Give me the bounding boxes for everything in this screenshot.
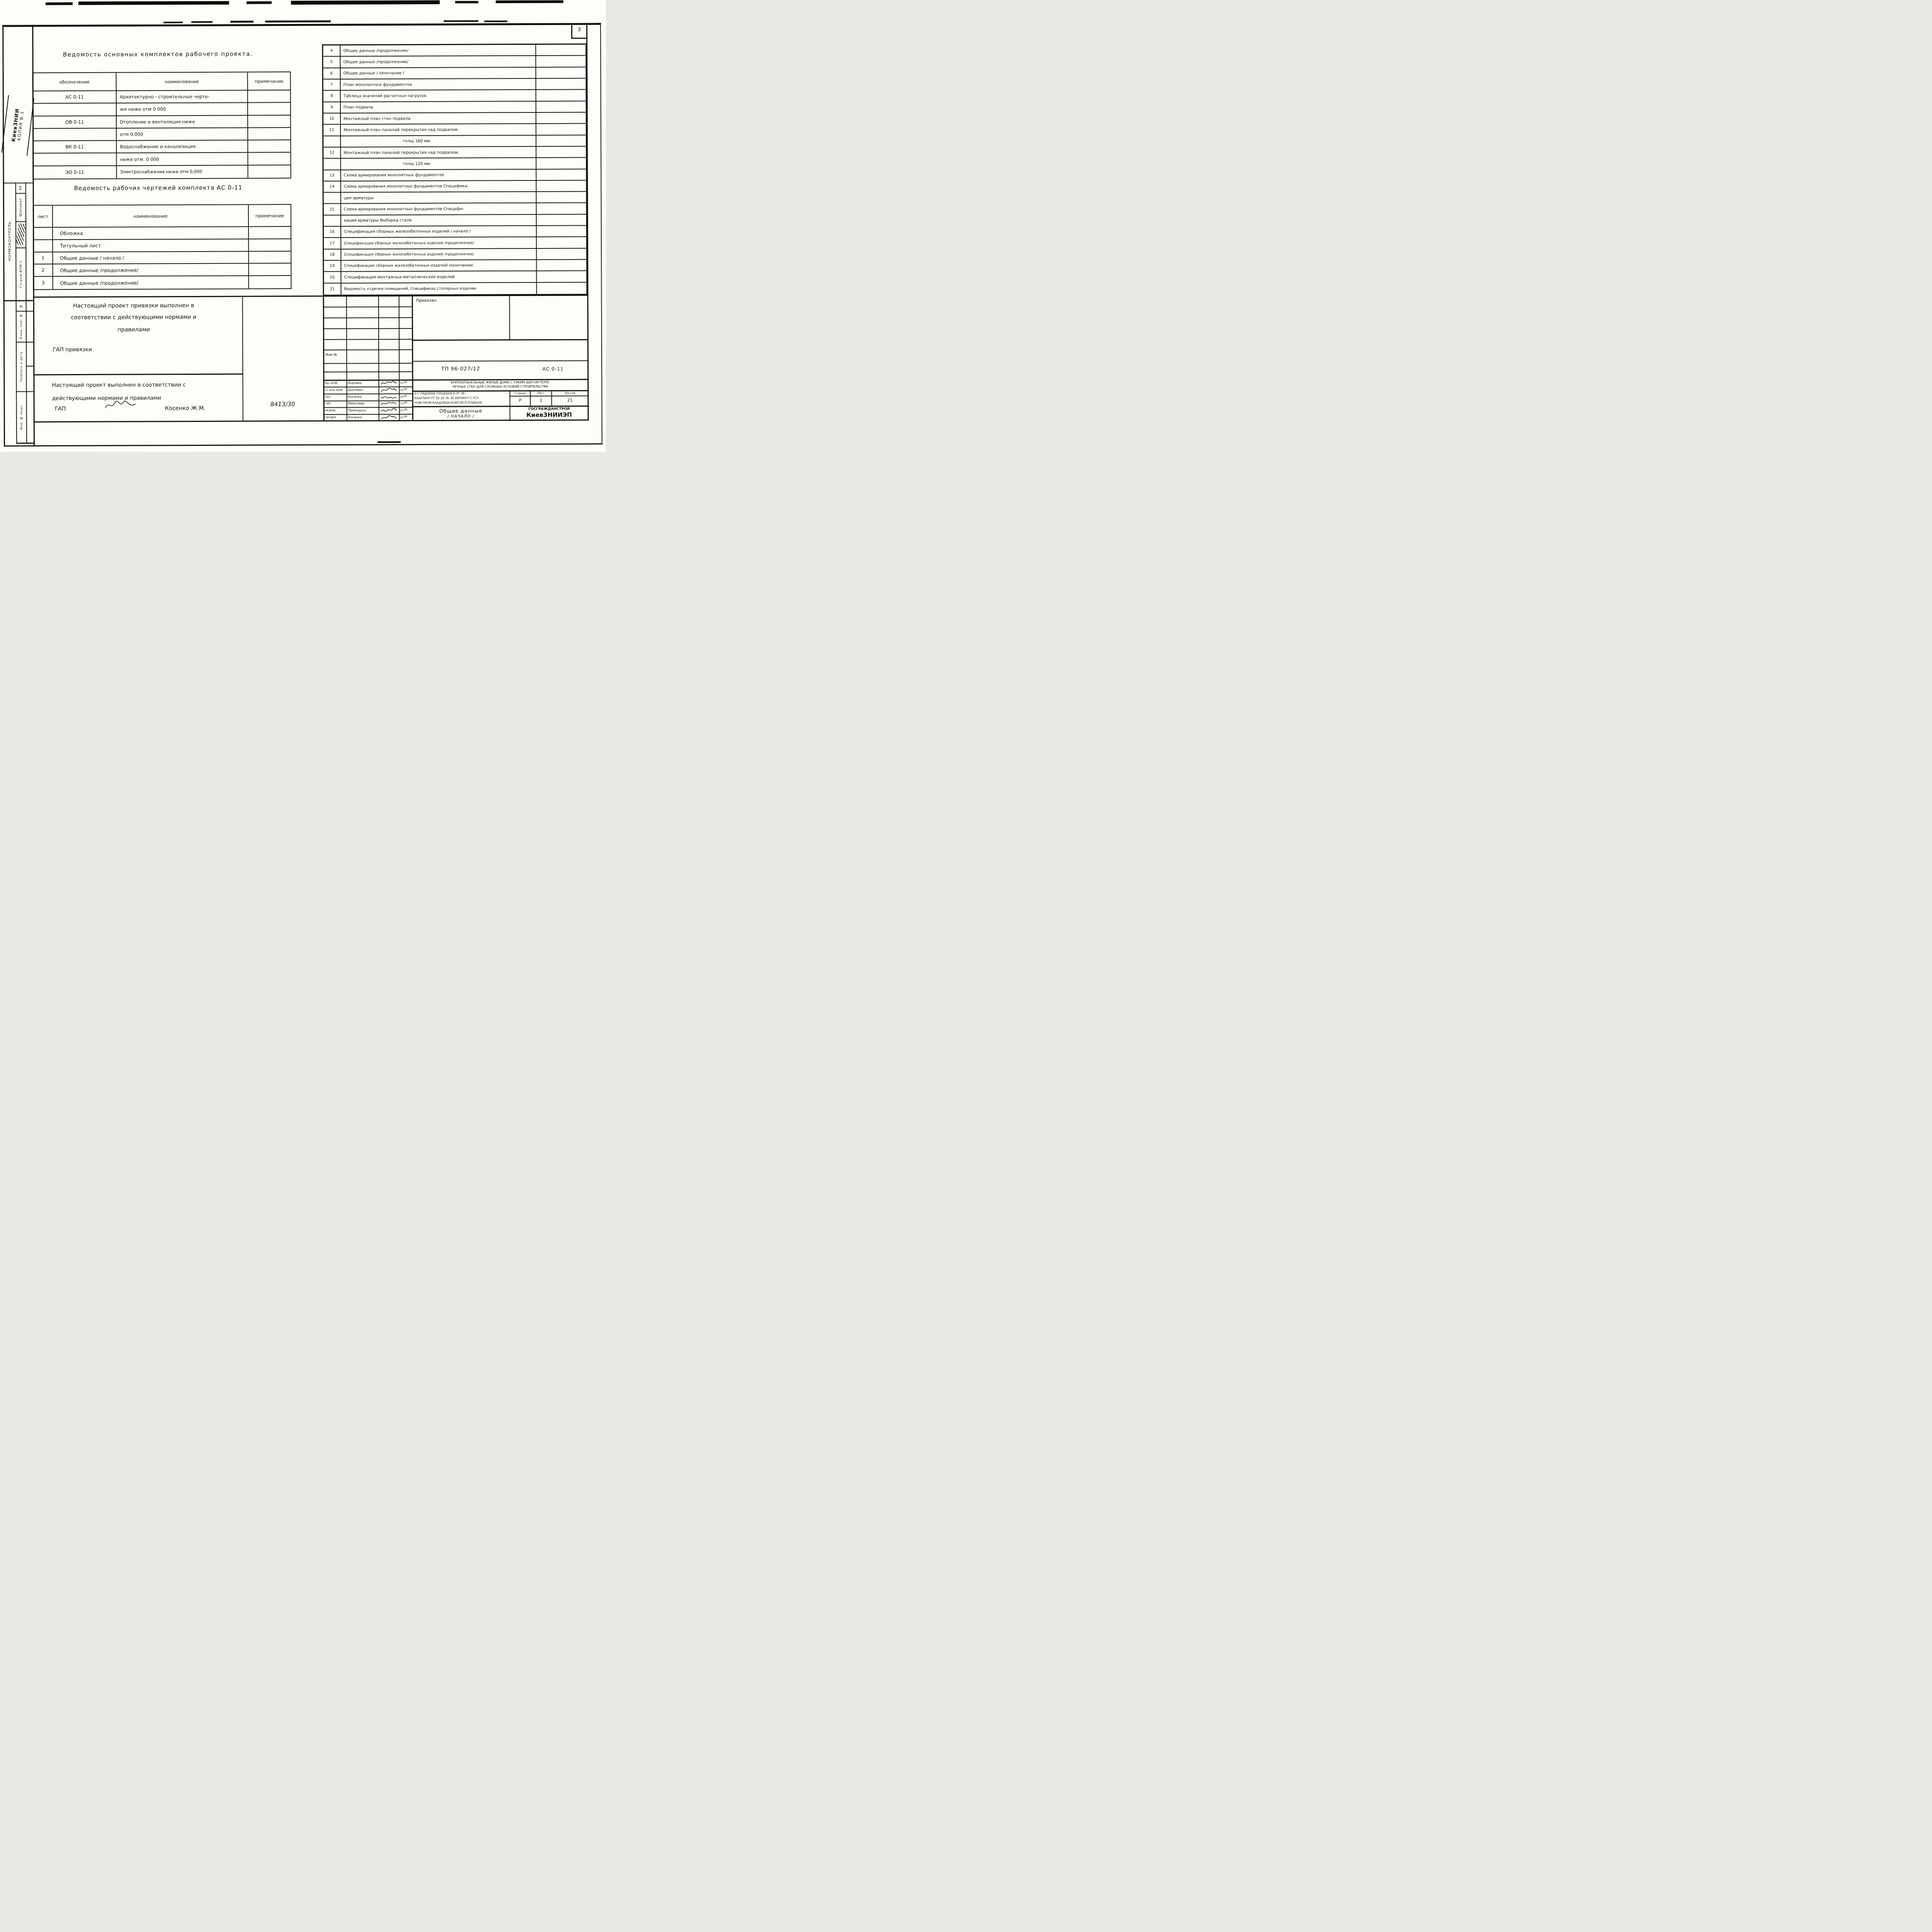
row-code: ВК 0-11 [33, 141, 117, 154]
row-name: Схема армирования монолитных фундаментов… [341, 181, 537, 193]
scan-artifact [444, 20, 478, 22]
column-header: наименование [117, 72, 248, 91]
sheet-value: 1 [531, 398, 551, 403]
drawings-table: лист наименование примечание Обложка Тит… [33, 204, 292, 290]
row-name: Спецификация монтажных металлических изд… [341, 271, 537, 283]
titleblock-line [346, 296, 347, 421]
row-name: кация арматуры Выборка стали [341, 215, 537, 227]
row-number: 17 [324, 238, 341, 249]
scan-artifact [46, 2, 73, 5]
row-name: Монтажный план панелей перекрытия над по… [341, 124, 536, 136]
variant-line: РОЙСТВОМ КЛАДОВЫХ-БОКСОВ В ПОДВАЛЕ [415, 401, 483, 405]
titleblock-line [509, 295, 510, 339]
frame-bottom-line [4, 443, 602, 446]
row-number: 9 [323, 102, 341, 113]
row-note [249, 252, 291, 264]
row-code [33, 153, 117, 166]
row-number: 7 [323, 80, 341, 91]
sheet-title-line: Общие данные [412, 408, 510, 413]
signature-icon [380, 387, 397, 393]
row-number: 5 [323, 57, 340, 68]
row-note [249, 227, 291, 239]
row-name: План монолитных фундаментов [341, 79, 536, 91]
scan-artifact [484, 20, 507, 22]
row-code: ОВ 0-11 [33, 116, 117, 129]
row-name: Электроснабжение ниже отм 0,000 [117, 165, 248, 178]
row-name: Общие данные /продолжение/ [53, 264, 249, 277]
row-name: Архитектурно - строительные черте- [117, 90, 248, 103]
page-number: 3 [572, 27, 587, 32]
row-name: Таблица значений расчетных нагрузок [341, 90, 536, 102]
row-note [249, 276, 291, 288]
sidebar-podpis-label: Подпись и дата [19, 351, 23, 382]
row-note [249, 264, 291, 276]
role-name: Косенко [348, 415, 362, 419]
role-label: ПРОВЕР [325, 416, 336, 419]
note-line: правилами [45, 327, 223, 333]
row-number [34, 240, 53, 252]
frame-right-line [600, 23, 602, 444]
row-number: 12 [323, 148, 341, 159]
row-name: Спецификация сборных железобетонных изде… [341, 260, 537, 272]
row-number: 3 [34, 277, 53, 289]
inner-frame-bottom-line [34, 419, 589, 422]
doc-number-note: 8413/30 [248, 401, 318, 408]
row-name: Общие данные / начало / [53, 252, 249, 265]
set-code: АС 0-11 [522, 366, 584, 371]
sidebar-inv-label: Инв. № подл. [20, 404, 23, 430]
sidebar-line [16, 442, 34, 444]
stage-header: Стадия [510, 392, 530, 395]
scanned-drawing-sheet: 3 КиевЗНИИ КОПИЯ В-3 НОРМОКОНТРОЛЬ 86 Ша… [0, 0, 606, 452]
row-name: ниже отм. 0 000 [117, 153, 248, 166]
row-name: Спецификация сборных железобетонных изде… [341, 249, 537, 261]
row-name: Титульный лист [53, 239, 249, 252]
row-name: толщ 160 мм [341, 135, 536, 147]
role-date: 03.86 [400, 395, 408, 399]
column-header: лист [34, 206, 53, 228]
column-header: примечание [249, 205, 291, 227]
row-name: Общие данные /продолжение/ [340, 45, 536, 57]
row-number [324, 215, 341, 226]
sidebar-podpis-cell: Подпись и дата [16, 343, 26, 391]
normokontrol-label: НОРМОКОНТРОЛЬ [7, 221, 12, 261]
row-code [33, 104, 117, 116]
row-name: Общие данные /продолжение/ [53, 276, 249, 289]
note-line: Настоящий проект выполнен в соответствии… [52, 382, 186, 388]
row-note [537, 226, 586, 238]
notes-divider-line [33, 374, 243, 375]
drawings-title: Ведомость рабочих чертежей комплекта АС … [50, 185, 267, 192]
row-code [33, 129, 117, 141]
notes-divider-line [242, 296, 243, 422]
row-name: Обложка [53, 227, 249, 240]
sidebar-line [15, 221, 26, 222]
scan-artifact [191, 21, 213, 23]
row-name: Отопление и вентиляция ниже [117, 116, 248, 128]
row-note [536, 90, 586, 102]
scan-artifact [163, 22, 183, 23]
row-note [537, 214, 586, 226]
scan-artifact [230, 20, 253, 22]
sidebar-name: Шаповал [19, 198, 22, 216]
row-number: 10 [323, 114, 341, 125]
row-note [537, 192, 586, 204]
main-sets-table: обозначение наименование примечание АС 0… [32, 71, 291, 179]
row-name: Монтажный план стен подвала [341, 113, 536, 125]
row-note [537, 203, 586, 215]
org-name-line: КиевЗНИИЭП [510, 412, 588, 418]
main-sets-title: Ведомость основных комплектов рабочего п… [46, 51, 270, 58]
signature-icon [380, 394, 397, 400]
stage-value: Р [510, 398, 530, 403]
role-date: 03.86 [400, 401, 408, 406]
row-number: 11 [323, 125, 341, 136]
row-note [537, 248, 586, 260]
series-title-line: РЕЧНЫХ СТЕН ДЛЯ СЛОЖНЫХ УСЛОВИЙ СТРОИТЕЛ… [414, 384, 587, 388]
row-name: жи ниже отм 0 000 [117, 103, 248, 116]
row-note [536, 44, 585, 56]
row-name: Схема армирования монолитных фундаментов [341, 169, 536, 181]
scan-artifact [496, 0, 563, 3]
scan-artifact [378, 441, 401, 443]
row-note [536, 135, 586, 147]
row-name: ция арматуры [341, 192, 537, 204]
row-note [537, 180, 586, 192]
row-code: ЭО 0-11 [33, 166, 117, 179]
role-label: ГАП [325, 396, 331, 399]
signature-icon [380, 380, 397, 386]
role-label: Нач АПМ [325, 382, 337, 385]
org-name-line: ГОСГРАЖДАНСТРОЙ [510, 407, 588, 411]
column-header: примечание [248, 72, 290, 90]
row-code: АС 0-11 [33, 91, 117, 104]
row-number: 2 [34, 265, 53, 277]
column-header: обозначение [33, 73, 117, 92]
row-number [34, 228, 53, 240]
role-name: Шаповал [348, 388, 363, 391]
row-name: Спецификация сборных железобетонных изде… [341, 226, 537, 238]
titleblock-line [412, 295, 413, 421]
row-note [248, 153, 290, 166]
sidebar-line [26, 366, 33, 366]
sheets-header: Листов [552, 391, 588, 395]
scan-artifact [291, 0, 440, 5]
row-number: 20 [324, 272, 341, 283]
sidebar-vzam-cell: Взам. инв. № [16, 312, 26, 341]
titleblock-line [323, 296, 325, 421]
gap-name: Косенко Ж.М. [165, 406, 206, 412]
scan-artifact [265, 20, 331, 23]
row-note [248, 103, 290, 116]
row-note [536, 158, 586, 170]
row-number: 1 [34, 252, 53, 265]
row-number: 14 [324, 181, 341, 192]
row-number: 15 [324, 204, 341, 215]
row-note [536, 101, 586, 113]
row-note [249, 239, 291, 252]
sidebar-no: № [19, 304, 23, 308]
sidebar-no-cell: № [16, 302, 26, 311]
titleblock-line [412, 360, 588, 362]
row-note [536, 169, 586, 181]
inv-no-label: Инв № [325, 354, 337, 357]
row-number: 8 [323, 91, 341, 102]
sidebar-line [3, 300, 33, 301]
sheets-table: 4 Общие данные /продолжение/ 5 Общие дан… [322, 43, 587, 296]
row-name: Спецификация сборных железобетонных изде… [341, 237, 537, 249]
signature-icon [103, 399, 138, 411]
row-number: 4 [323, 46, 340, 57]
series-title-line: КРУПНОПАНЕЛЬНЫЕ ЖИЛЫЕ ДОМА С УЗКИМ ШАГОМ… [414, 380, 587, 384]
row-note [537, 282, 587, 294]
scan-artifact [78, 1, 229, 5]
row-note [248, 116, 290, 128]
row-name: отм 0.000 [117, 128, 248, 141]
row-note [248, 90, 290, 103]
row-name: Общие данные /продолжение/ [340, 56, 536, 68]
row-note [537, 271, 586, 283]
role-date: 03.86 [400, 415, 408, 420]
row-name: Монтажный план панелей перекрытия над по… [341, 147, 536, 159]
row-number [323, 159, 341, 170]
signature-icon [15, 223, 26, 246]
signature-icon [380, 408, 397, 413]
row-number: 18 [324, 249, 341, 260]
row-name: Схема армирования монолитных фундаментов… [341, 203, 537, 215]
gap-privyazki-label: ГАП привязки [53, 347, 92, 353]
gap-label: ГАП [54, 406, 66, 412]
titleblock-line [412, 339, 588, 340]
role-name: Косенко [348, 395, 362, 398]
row-note [536, 146, 586, 158]
row-name: Общие данные / окончание / [341, 68, 536, 80]
scan-artifact [455, 1, 478, 3]
role-name: Боровик [348, 381, 362, 384]
sidebar-name-cell: Шаповал [16, 194, 26, 221]
row-note [248, 128, 290, 141]
sheet-content: 3 КиевЗНИИ КОПИЯ В-3 НОРМОКОНТРОЛЬ 86 Ша… [0, 0, 606, 452]
row-number: 19 [324, 261, 341, 272]
row-note [536, 78, 586, 90]
sidebar-year: 86 [19, 185, 22, 190]
sidebar-year-cell: 86 [16, 183, 26, 193]
variant-line: Б-С РЯДОВАЯ-ТОРЦЕВАЯ 9-ЭТ 36- [415, 392, 466, 395]
frame-top-line [2, 23, 601, 27]
row-number: 21 [324, 283, 342, 294]
row-name: Ведомость отделки помещений, Спецификац … [342, 283, 537, 295]
role-label: ГИП [325, 402, 331, 405]
role-date: 03.86 [400, 408, 408, 413]
doc-number: ТП 96-027/12 [412, 366, 510, 372]
row-name: толщ 120 мм [341, 158, 536, 170]
note-line: Настоящий проект привязки выполнен в [44, 303, 223, 310]
sheet-title-line: / НАЧАЛО / [412, 414, 510, 419]
titleblock-line [399, 295, 400, 421]
scan-artifact [247, 1, 272, 4]
sidebar-inv-cell: Инв. № подл. [16, 392, 26, 442]
row-number: 6 [323, 68, 341, 79]
normokontrol-label-cell: НОРМОКОНТРОЛЬ [4, 184, 16, 299]
row-note [248, 140, 290, 153]
column-header: наименование [53, 205, 249, 228]
row-note [536, 112, 586, 124]
signature-icon [380, 401, 397, 406]
row-note [536, 67, 586, 79]
role-date: 03.86 [400, 381, 408, 385]
role-name: Михалева [348, 401, 364, 405]
titleblock-line [378, 295, 379, 421]
row-note [537, 237, 586, 249]
variant-line: КВАРТИРН РТ 2Б 2Б·3Б·3Б ВАРИАНТ С УСТ- [415, 396, 480, 400]
row-note [248, 165, 290, 178]
note-line: соответствии с действующими нормами и [44, 315, 223, 321]
row-number [324, 193, 341, 204]
signature-icon [380, 415, 397, 420]
page-number-box-line [571, 37, 587, 39]
role-name: Приходько [348, 408, 366, 412]
role-label: РАЗРАБ [325, 409, 336, 412]
privyazan-label: Привязан [416, 299, 436, 303]
sidebar-vzam-label: Взам. инв. № [19, 314, 23, 339]
role-label: Гл инж АПМ [325, 389, 342, 392]
row-name: План подвала [341, 101, 536, 113]
sidebar-role: Гл.инж.АПМ-1 [19, 260, 22, 287]
role-date: 03.86 [400, 388, 408, 392]
row-note [537, 260, 586, 271]
sidebar-role-cell: Гл.инж.АПМ-1 [16, 248, 26, 300]
row-name: Водоснабжение и канализация [117, 141, 248, 153]
sheets-value: 21 [552, 398, 588, 403]
copy-stamp: КиевЗНИИ КОПИЯ В-3 [1, 95, 34, 156]
row-number: 16 [324, 227, 341, 238]
titleblock-line [510, 395, 589, 396]
row-note [536, 56, 585, 68]
row-number [323, 136, 341, 147]
row-number: 13 [323, 170, 341, 181]
sheet-header: Лист [531, 392, 551, 395]
row-note [536, 124, 586, 136]
